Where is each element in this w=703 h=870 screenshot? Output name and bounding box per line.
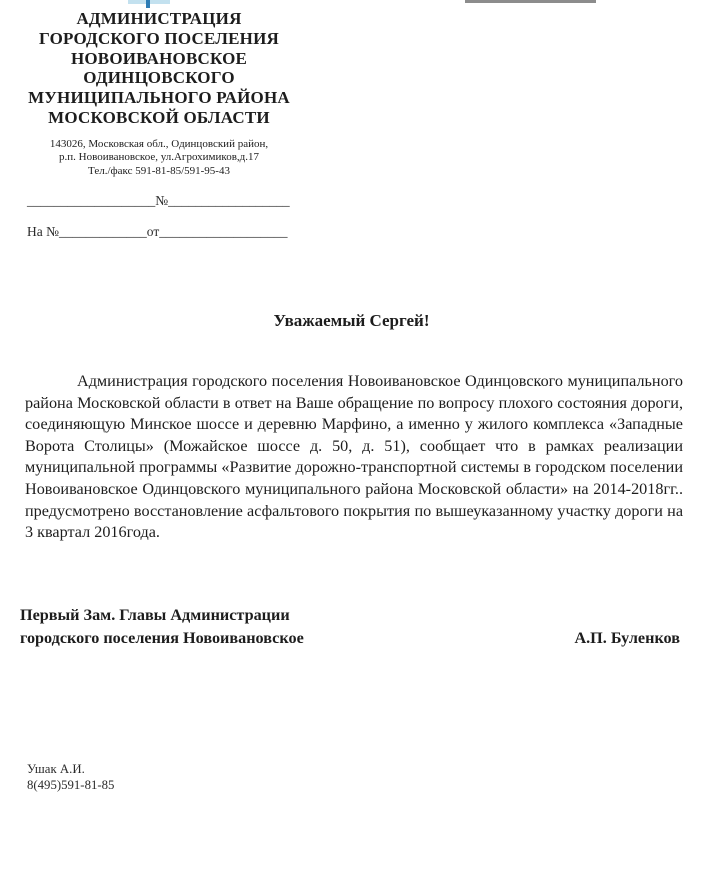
signer-title-line: Первый Зам. Главы Администрации — [20, 604, 680, 627]
org-address-block: 143026, Московская обл., Одинцовский рай… — [8, 138, 310, 179]
executor-phone: 8(495)591-81-85 — [27, 778, 114, 794]
signature-block: Первый Зам. Главы Администрации городско… — [20, 604, 680, 650]
org-name-line: ГОРОДСКОГО ПОСЕЛЕНИЯ — [8, 29, 310, 49]
org-name-line: МУНИЦИПАЛЬНОГО РАЙОНА — [8, 88, 310, 108]
letter-document-page: АДМИНИСТРАЦИЯ ГОРОДСКОГО ПОСЕЛЕНИЯ НОВОИ… — [0, 0, 703, 870]
org-address-line: 143026, Московская обл., Одинцовский рай… — [8, 138, 310, 152]
salutation: Уважаемый Сергей! — [0, 311, 703, 331]
letter-body-paragraph: Администрация городского поселения Новои… — [25, 371, 683, 544]
cutoff-box-border-line — [465, 0, 596, 3]
emblem-fragment-icon — [128, 0, 170, 7]
signer-title-line: городского поселения Новоивановское — [20, 627, 304, 650]
org-name-line: ОДИНЦОВСКОГО — [8, 68, 310, 88]
incoming-number-line: На №_____________от___________________ — [27, 224, 290, 240]
org-name-line: НОВОИВАНОВСКОЕ — [8, 49, 310, 69]
signer-name: А.П. Буленков — [574, 627, 680, 650]
letterhead: АДМИНИСТРАЦИЯ ГОРОДСКОГО ПОСЕЛЕНИЯ НОВОИ… — [8, 9, 310, 178]
org-phone-line: Тел./факс 591-81-85/591-95-43 — [8, 165, 310, 179]
org-name-line: АДМИНИСТРАЦИЯ — [8, 9, 310, 29]
emblem-tip-shape — [146, 0, 150, 8]
org-address-line: р.п. Новоивановское, ул.Агрохимиков,д.17 — [8, 151, 310, 165]
reference-lines: ___________________№__________________ Н… — [27, 193, 290, 240]
outgoing-number-line: ___________________№__________________ — [27, 193, 290, 209]
executor-name: Ушак А.И. — [27, 762, 114, 778]
executor-block: Ушак А.И. 8(495)591-81-85 — [27, 762, 114, 793]
org-name-line: МОСКОВСКОЙ ОБЛАСТИ — [8, 108, 310, 128]
